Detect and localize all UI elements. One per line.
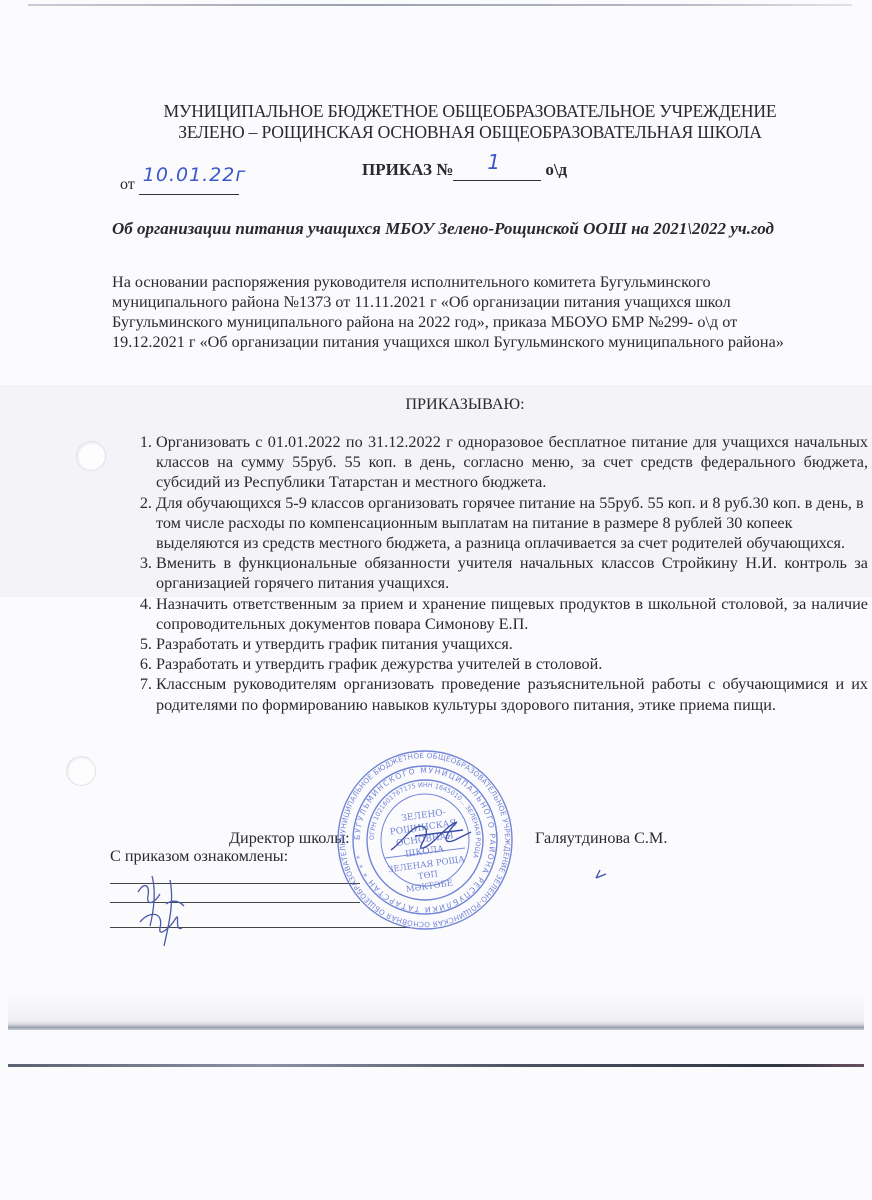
punch-hole-bottom: [66, 756, 96, 786]
order-subject: Об организации питания учащихся МБОУ Зел…: [112, 219, 774, 239]
order-item-5: Разработать и утвердить график питания у…: [156, 634, 868, 654]
order-item-7: Классным руководителям организовать пров…: [156, 674, 868, 714]
punch-hole-top: [76, 441, 106, 471]
director-role: Директор школы:: [229, 829, 350, 848]
order-items-list: Организовать с 01.01.2022 по 31.12.2022 …: [112, 432, 868, 715]
scan-edge-grey: [8, 1020, 864, 1030]
org-name-line-1: МУНИЦИПАЛЬНОЕ БЮДЖЕТНОЕ ОБЩЕОБРАЗОВАТЕЛЬ…: [0, 100, 872, 122]
decree-word: ПРИКАЗЫВАЮ:: [0, 395, 872, 414]
order-item-1: Организовать с 01.01.2022 по 31.12.2022 …: [156, 432, 868, 493]
basis-paragraph: На основании распоряжения руководителя и…: [112, 272, 812, 352]
handwritten-signature-ack: [130, 870, 200, 950]
org-name-line-2: ЗЕЛЕНО – РОЩИНСКАЯ ОСНОВНАЯ ОБЩЕОБРАЗОВА…: [0, 121, 872, 143]
svg-text:МӘКТӘБЕ: МӘКТӘБЕ: [405, 879, 453, 895]
acknowledged-label: С приказом ознакомлены:: [110, 847, 288, 866]
order-item-4: Назначить ответственным за прием и хране…: [156, 594, 868, 634]
scan-edge-top: [28, 4, 852, 6]
scan-edge-dark-line: [8, 1064, 864, 1067]
date-handwritten: 10.01.22г: [143, 164, 247, 186]
date-prefix: от: [120, 176, 135, 193]
order-item-3: Вменить в функциональные обязанности учи…: [156, 553, 868, 593]
order-heading: ПРИКАЗ №1 о\д: [362, 160, 567, 181]
scan-edge-band: [8, 996, 864, 1022]
handwritten-signature-director: [385, 810, 475, 860]
order-item-6: Разработать и утвердить график дежурства…: [156, 654, 868, 674]
order-suffix: о\д: [545, 160, 567, 179]
date-field: 10.01.22г: [139, 176, 239, 195]
director-name: Галяутдинова С.М.: [535, 829, 667, 848]
handwritten-tick-mark: [592, 862, 612, 882]
order-date: от 10.01.22г: [120, 176, 239, 195]
order-title: ПРИКАЗ №: [362, 160, 453, 179]
order-number-handwritten: 1: [487, 150, 500, 174]
order-number-field: 1: [453, 162, 541, 181]
order-item-2: Для обучающихся 5-9 классов организовать…: [156, 493, 868, 554]
